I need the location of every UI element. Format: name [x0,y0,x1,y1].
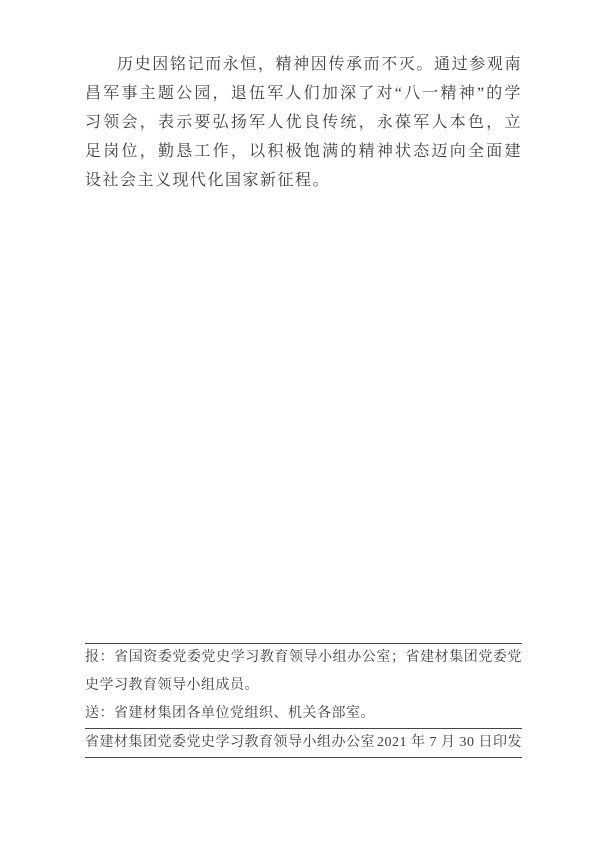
send-distribution-line: 送：省建材集团各单位党组织、机关各部室。 [85,700,522,728]
body-paragraph: 历史因铭记而永恒，精神因传承而不灭。通过参观南昌军事主题公园，退伍军人们加深了对… [85,50,522,195]
issuing-office: 省建材集团党委党史学习教育领导小组办公室 [85,729,375,757]
issue-row: 省建材集团党委党史学习教育领导小组办公室 2021 年 7 月 30 日印发 [85,729,522,757]
document-footer: 报：省国资委党委党史学习教育领导小组办公室；省建材集团党委党史学习教育领导小组成… [85,643,522,758]
print-date: 2021 年 7 月 30 日印发 [377,729,522,757]
footer-divider-bottom [85,757,522,758]
document-page: 历史因铭记而永恒，精神因传承而不灭。通过参观南昌军事主题公园，退伍军人们加深了对… [0,0,607,859]
report-distribution-line: 报：省国资委党委党史学习教育领导小组办公室；省建材集团党委党史学习教育领导小组成… [85,644,522,700]
